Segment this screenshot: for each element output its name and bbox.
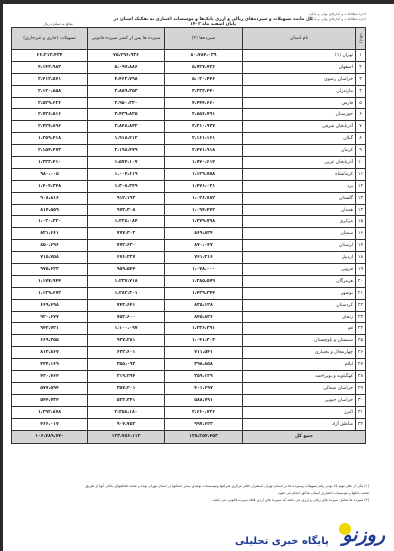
- province-name: مازندران: [243, 85, 356, 97]
- table-row: ۱۹قزوین۱،۰۷۸،۰۰۰۹۵۹،۵۴۴۹۷۵،۶۲۳: [12, 264, 366, 276]
- row-index: ۱۲: [356, 180, 366, 192]
- province-name: آذربایجان غربی: [243, 157, 356, 169]
- row-index: ۹: [356, 145, 366, 157]
- net-deposits-value: ۶۷۶،۲۲۷: [88, 252, 165, 264]
- deposits-value: ۲،۴۷۱،۹۱۸: [165, 145, 243, 157]
- province-name: گیلان: [243, 133, 356, 145]
- net-deposits-value: ۷۴۳،۶۴۱: [88, 299, 165, 311]
- deposits-value: ۱،۴۳۹،۳۴۴: [165, 287, 243, 299]
- table-row: ۳خراسان رضوی۵،۰۳۰،۴۴۶۴،۴۶۲،۷۹۸۳،۴۱۲،۵۷۱: [12, 73, 366, 85]
- table-row: ۴مازندران۳،۲۲۳،۴۴۰۲،۸۵۹،۳۵۳۲،۱۳۰،۸۵۸: [12, 85, 366, 97]
- province-name: همدان: [243, 204, 356, 216]
- row-index: ۷: [356, 121, 366, 133]
- net-deposits-value: ۳،۴۳۹،۸۲۵: [88, 109, 165, 121]
- deposits-value: ۴،۴۴۴،۶۶۰: [165, 97, 243, 109]
- total-label: جمع کل: [243, 430, 366, 443]
- col-header-index: ردیف: [356, 28, 366, 50]
- loans-value: ۸۱۴،۵۵۹: [12, 204, 88, 216]
- loans-value: ۶۶۹،۳۵۵: [12, 335, 88, 347]
- province-name: کردستان: [243, 299, 356, 311]
- row-index: ۲۴: [356, 323, 366, 335]
- province-name: فارس: [243, 97, 356, 109]
- loans-value: ۱،۳۲۲،۴۱۰: [12, 157, 88, 169]
- footnotes: (۱) یکی از علل مهم بالا بودن رقم تسهیلات…: [13, 483, 369, 504]
- net-deposits-value: ۱،۲۸۲،۳۰۱: [88, 287, 165, 299]
- deposits-value: ۸۴۵،۸۲۶: [165, 311, 243, 323]
- loans-value: ۷۱۵،۷۵۸: [12, 252, 88, 264]
- row-index: ۱۳: [356, 192, 366, 204]
- total-net-deposits: ۱۲۳،۷۵۶،۱۱۳: [88, 430, 165, 443]
- deposits-value: ۱،۰۹۴،۴۴۲: [165, 204, 243, 216]
- loans-value: ۸۵۰،۶۹۶: [12, 240, 88, 252]
- loans-value: ۳،۴۱۲،۵۷۱: [12, 73, 88, 85]
- loans-value: ۵۴۴،۷۳۴: [12, 394, 88, 406]
- total-deposits: ۱۳۵،۲۵۴،۴۵۳: [165, 430, 243, 443]
- deposits-value: ۱،۲۳۶،۳۹۱: [165, 323, 243, 335]
- province-name: هرمزگان: [243, 275, 356, 287]
- net-deposits-value: ۹۲۷،۲۸۱: [88, 335, 165, 347]
- loans-value: ۸۱۳،۸۶۷: [12, 347, 88, 359]
- row-index: ۳۰: [356, 394, 366, 406]
- total-loans: ۱۰۶،۷۸۹،۷۷۰: [12, 430, 88, 443]
- net-deposits-value: ۲،۳۵۸،۱۸۰: [88, 406, 165, 418]
- table-row: ۶خوزستان۳،۸۵۶،۷۹۱۳،۴۳۹،۸۲۵۲،۷۲۶،۵۱۶: [12, 109, 366, 121]
- net-deposits-value: ۱،۵۷۴،۱۰۷: [88, 157, 165, 169]
- col-header-deposits: سپرده‌ها (۲): [165, 28, 243, 50]
- deposits-value: ۸۳۵،۱۲۸: [165, 299, 243, 311]
- loans-value: ۴۳۴،۱۶۹: [12, 359, 88, 371]
- table-row: ۲۶چهارمحال و بختیاری۷۱۱،۵۴۱۶۳۲،۶۰۱۸۱۳،۸۶…: [12, 347, 366, 359]
- net-deposits-value: ۱،۲۲۸،۰۸۴: [88, 216, 165, 228]
- table-row: ۱۸اردبیل۷۶۱،۳۱۶۶۷۶،۲۲۷۷۱۵،۷۵۸: [12, 252, 366, 264]
- row-index: ۱: [356, 50, 366, 62]
- province-name: مناطق آزاد: [243, 418, 356, 430]
- table-row: ۸گیلان۲،۱۶۱،۱۶۱۱،۹۱۸،۴۱۲۱،۲۵۹،۴۱۸: [12, 133, 366, 145]
- row-index: ۲: [356, 61, 366, 73]
- table-row: ۱۱کرمانشاه۱،۱۳۹،۷۵۸۱،۰۰۴،۶۱۹۹۸۰،۰۰۵: [12, 168, 366, 180]
- roozno-logo: پایگاه خبری تحلیلی روزنو: [235, 524, 385, 551]
- deposits-value: ۷۱۱،۵۴۱: [165, 347, 243, 359]
- table-row: ۲۷ایلام۳۹۸،۸۵۸۳۵۵،۰۹۲۴۳۴،۱۶۹: [12, 359, 366, 371]
- deposits-value: ۲،۱۶۱،۱۶۱: [165, 133, 243, 145]
- deposits-value: ۹۹۷،۶۲۳: [165, 418, 243, 430]
- row-index: ۱۷: [356, 240, 366, 252]
- issuer-line-2: اداره مطالعات و آمارهای پولی و بانکی: [309, 17, 366, 22]
- province-name: کرمان: [243, 145, 356, 157]
- table-row: ۲۹خراسان شمالی۴۰۱،۶۹۷۳۵۷،۲۰۱۵۷۷،۵۹۴: [12, 382, 366, 394]
- loans-value: ۲،۴۲۴،۸۹۶: [12, 121, 88, 133]
- net-deposits-value: ۷۵،۲۹۶،۹۳۶: [88, 50, 165, 62]
- net-deposits-value: ۱،۳۰۸،۳۴۹: [88, 180, 165, 192]
- table-row: ۲۵سیستان و بلوچستان۱،۰۴۱،۳۰۳۹۲۷،۲۸۱۶۶۹،۳…: [12, 335, 366, 347]
- net-deposits-value: ۱،۹۱۸،۴۱۲: [88, 133, 165, 145]
- province-name: کهگیلویه و بویراحمد: [243, 371, 356, 383]
- row-index: ۲۹: [356, 382, 366, 394]
- row-index: ۸: [356, 133, 366, 145]
- deposits-value: ۱،۷۷۰،۶۱۴: [165, 157, 243, 169]
- loans-value: ۱،۱۷۷،۹۴۴: [12, 275, 88, 287]
- net-deposits-value: ۳۱۹،۲۹۴: [88, 371, 165, 383]
- row-index: ۲۰: [356, 275, 366, 287]
- row-index: ۱۵: [356, 216, 366, 228]
- net-deposits-value: ۱،۰۰۴،۶۱۹: [88, 168, 165, 180]
- loans-value: ۲،۷۲۶،۵۱۶: [12, 109, 88, 121]
- deposits-value: ۱،۴۷۱،۰۲۱: [165, 180, 243, 192]
- table-row: ۱۰آذربایجان غربی۱،۷۷۰،۶۱۴۱،۵۷۴،۱۰۷۱،۳۲۲،…: [12, 157, 366, 169]
- deposits-value: ۱،۰۴۱،۳۰۳: [165, 335, 243, 347]
- loans-value: ۴۳۰،۷۶۴: [12, 371, 88, 383]
- loans-value: ۱،۱۳۹،۶۷۲: [12, 287, 88, 299]
- net-deposits-value: ۷۷۷،۳۰۲: [88, 228, 165, 240]
- net-deposits-value: ۳۵۵،۰۹۲: [88, 359, 165, 371]
- deposits-value: ۴۰۱،۶۹۷: [165, 382, 243, 394]
- row-index: ۲۲: [356, 299, 366, 311]
- row-index: ۱۸: [356, 252, 366, 264]
- table-row: ۱تهران (۱)۸۰،۷۸۴،۰۲۹۷۵،۲۹۶،۹۳۶۶۶،۲۱۳،۴۳۴: [12, 50, 366, 62]
- province-banking-table: ردیف نام استان سپرده‌ها (۲) سپرده ها پس …: [11, 27, 366, 444]
- net-deposits-value: ۹۵۹،۵۴۴: [88, 264, 165, 276]
- province-name: آذربایجان شرقی: [243, 121, 356, 133]
- province-name: چهارمحال و بختیاری: [243, 347, 356, 359]
- deposits-value: ۸۰،۷۸۴،۰۲۹: [165, 50, 243, 62]
- row-index: ۳: [356, 73, 366, 85]
- province-name: مرکزی: [243, 216, 356, 228]
- logo-tagline: پایگاه خبری تحلیلی: [235, 536, 329, 547]
- deposits-value: ۵۸۸،۷۹۱: [165, 394, 243, 406]
- province-name: تهران (۱): [243, 50, 356, 62]
- net-deposits-value: ۲،۸۴۸،۸۴۲: [88, 121, 165, 133]
- row-index: ۲۵: [356, 335, 366, 347]
- province-name: گلستان: [243, 192, 356, 204]
- province-name: خراسان جنوبی: [243, 394, 356, 406]
- loans-value: ۲،۱۳۰،۸۵۸: [12, 85, 88, 97]
- col-header-net-deposits: سپرده ها پس از کسر سپرده قانونی: [88, 28, 165, 50]
- row-index: ۵: [356, 97, 366, 109]
- row-index: ۱۱: [356, 168, 366, 180]
- table-row: ۱۲یزد۱،۴۷۱،۰۲۱۱،۳۰۸،۳۴۹۱،۴۰۴،۳۴۸: [12, 180, 366, 192]
- province-name: ایلام: [243, 359, 356, 371]
- net-deposits-value: ۵۲۳،۳۴۱: [88, 394, 165, 406]
- deposits-value: ۸۶۹،۸۲۴: [165, 228, 243, 240]
- row-index: ۱۶: [356, 228, 366, 240]
- province-name: یزد: [243, 180, 356, 192]
- net-deposits-value: ۴،۴۶۲،۷۹۸: [88, 73, 165, 85]
- net-deposits-value: ۲،۸۵۹،۳۵۳: [88, 85, 165, 97]
- issuer-header: اداره مطالعات و آمارهای پولی و بانکی ادا…: [309, 12, 366, 22]
- document-title: کل مانده تسهیلات و سپرده‌های ریالی و ارز…: [113, 17, 313, 27]
- table-row: ۲۰هرمزگان۱،۳۸۵،۵۷۹۱،۲۳۷،۷۱۸۱،۱۷۷،۹۴۴: [12, 275, 366, 287]
- logo-mark: روزنو: [342, 524, 385, 546]
- province-name: اردبیل: [243, 252, 356, 264]
- loans-value: ۴،۱۴۳،۹۸۲: [12, 61, 88, 73]
- table-row: ۲۴قم۱،۲۳۶،۳۹۱۱،۱۰۰،۰۹۷۹۴۳،۷۲۱: [12, 323, 366, 335]
- total-row: جمع کل۱۳۵،۲۵۴،۴۵۳۱۲۳،۷۵۶،۱۱۳۱۰۶،۷۸۹،۷۷۰: [12, 430, 366, 443]
- loans-value: ۲،۱۵۴،۴۷۳: [12, 145, 88, 157]
- deposits-value: ۵،۰۳۰،۴۴۶: [165, 73, 243, 85]
- loans-value: ۱،۰۲۰،۲۳۰: [12, 216, 88, 228]
- loans-value: ۹۸۰،۰۰۵: [12, 168, 88, 180]
- province-name: سیستان و بلوچستان: [243, 335, 356, 347]
- province-name: کرمانشاه: [243, 168, 356, 180]
- deposits-value: ۵،۷۲۷،۷۳۶: [165, 61, 243, 73]
- loans-value: ۶۶۹،۶۹۸: [12, 299, 88, 311]
- deposits-value: ۳،۲۲۳،۴۴۰: [165, 85, 243, 97]
- table-row: ۲۸کهگیلویه و بویراحمد۳۵۹،۱۲۹۳۱۹،۲۹۴۴۳۰،۷…: [12, 371, 366, 383]
- row-index: ۲۶: [356, 347, 366, 359]
- row-index: ۲۳: [356, 311, 366, 323]
- table-row: ۲اصفهان۵،۷۲۷،۷۳۶۵،۰۹۷،۸۸۶۴،۱۴۳،۹۸۲: [12, 61, 366, 73]
- loans-value: ۱،۲۵۹،۴۱۸: [12, 133, 88, 145]
- deposits-value: ۱،۳۷۹،۷۹۸: [165, 216, 243, 228]
- table-row: ۲۱بوشهر۱،۴۳۹،۳۴۴۱،۲۸۲،۳۰۱۱،۱۳۹،۶۷۲: [12, 287, 366, 299]
- net-deposits-value: ۱،۲۳۷،۷۱۸: [88, 275, 165, 287]
- footnote-1-cont: شعب بانکها و موسسات اعتباری استان مذکور …: [13, 490, 369, 497]
- table-row: ۷آذربایجان شرقی۳،۲۱۰،۹۳۷۲،۸۴۸،۸۴۲۲،۴۲۴،۸…: [12, 121, 366, 133]
- deposits-value: ۳۹۸،۸۵۸: [165, 359, 243, 371]
- row-index: ۱۹: [356, 264, 366, 276]
- province-name: خراسان شمالی: [243, 382, 356, 394]
- row-index: ۱۴: [356, 204, 366, 216]
- net-deposits-value: ۹۱۲،۱۹۳: [88, 192, 165, 204]
- table-row: ۳۲مناطق آزاد۹۹۷،۶۲۳۹۰۷،۷۵۲۴۶۶،۰۱۷: [12, 418, 366, 430]
- loans-value: ۹۴۳،۷۲۱: [12, 323, 88, 335]
- footnote-1: (۱) یکی از علل مهم بالا بودن رقم تسهیلات…: [13, 483, 369, 490]
- loans-value: ۱،۲۹۲،۸۷۸: [12, 406, 88, 418]
- net-deposits-value: ۹۷۳،۳۰۸: [88, 204, 165, 216]
- table-row: ۲۲کردستان۸۳۵،۱۲۸۷۴۳،۶۴۱۶۶۹،۶۹۸: [12, 299, 366, 311]
- loans-value: ۴۶۶،۰۱۷: [12, 418, 88, 430]
- table-row: ۲۳زنجان۸۴۵،۸۲۶۷۵۲،۶۰۰۹۲۰،۶۷۷: [12, 311, 366, 323]
- table-row: ۱۴همدان۱،۰۹۴،۴۴۲۹۷۳،۳۰۸۸۱۴،۵۵۹: [12, 204, 366, 216]
- province-name: بوشهر: [243, 287, 356, 299]
- table-row: ۱۷لرستان۸۷۰،۰۴۷۷۷۲،۶۳۰۸۵۰،۶۹۶: [12, 240, 366, 252]
- row-index: ۴: [356, 85, 366, 97]
- table-row: ۱۶سمنان۸۶۹،۸۲۴۷۷۷،۳۰۲۸۲۱،۶۶۱: [12, 228, 366, 240]
- province-name: البرز: [243, 406, 356, 418]
- row-index: ۲۸: [356, 371, 366, 383]
- deposits-value: ۷۶۱،۳۱۶: [165, 252, 243, 264]
- row-index: ۲۱: [356, 287, 366, 299]
- loans-value: ۶۶،۲۱۳،۴۳۴: [12, 50, 88, 62]
- deposits-value: ۳،۲۱۰،۹۳۷: [165, 121, 243, 133]
- loans-value: ۹۰۸،۸۱۶: [12, 192, 88, 204]
- deposits-value: ۱،۳۸۵،۵۷۹: [165, 275, 243, 287]
- province-name: خراسان رضوی: [243, 73, 356, 85]
- deposits-value: ۳۵۹،۱۲۹: [165, 371, 243, 383]
- table-row: ۱۵مرکزی۱،۳۷۹،۷۹۸۱،۲۲۸،۰۸۴۱،۰۲۰،۲۳۰: [12, 216, 366, 228]
- province-name: زنجان: [243, 311, 356, 323]
- deposits-value: ۸۷۰،۰۴۷: [165, 240, 243, 252]
- province-name: قم: [243, 323, 356, 335]
- net-deposits-value: ۳،۹۵۰،۳۲۰: [88, 97, 165, 109]
- net-deposits-value: ۲،۱۹۸،۴۷۹: [88, 145, 165, 157]
- table-row: ۳۰خراسان جنوبی۵۸۸،۷۹۱۵۲۳،۳۴۱۵۴۴،۷۳۴: [12, 394, 366, 406]
- province-name: لرستان: [243, 240, 356, 252]
- row-index: ۶: [356, 109, 366, 121]
- col-header-loans: تسهیلات (جاری و غیرجاری): [12, 28, 88, 50]
- document-page: اداره مطالعات و آمارهای پولی و بانکی ادا…: [3, 4, 394, 551]
- province-name: سمنان: [243, 228, 356, 240]
- loans-value: ۲،۵۳۹،۶۲۶: [12, 97, 88, 109]
- loans-value: ۱،۴۰۴،۳۴۸: [12, 180, 88, 192]
- province-name: قزوین: [243, 264, 356, 276]
- row-index: ۲۷: [356, 359, 366, 371]
- deposits-value: ۳،۸۵۶،۷۹۱: [165, 109, 243, 121]
- table-header-row: ردیف نام استان سپرده‌ها (۲) سپرده ها پس …: [12, 28, 366, 50]
- province-name: خوزستان: [243, 109, 356, 121]
- net-deposits-value: ۵،۰۹۷،۸۸۶: [88, 61, 165, 73]
- net-deposits-value: ۱،۱۰۰،۰۹۷: [88, 323, 165, 335]
- province-name: اصفهان: [243, 61, 356, 73]
- deposits-value: ۲،۶۶۰،۷۲۶: [165, 406, 243, 418]
- loans-value: ۸۲۱،۶۶۱: [12, 228, 88, 240]
- deposits-value: ۱،۱۳۹،۷۵۸: [165, 168, 243, 180]
- row-index: ۳۲: [356, 418, 366, 430]
- loans-value: ۹۷۵،۶۲۳: [12, 264, 88, 276]
- table-row: ۹کرمان۲،۴۷۱،۹۱۸۲،۱۹۸،۴۷۹۲،۱۵۴،۴۷۳: [12, 145, 366, 157]
- deposits-value: ۱،۰۷۸،۰۰۰: [165, 264, 243, 276]
- deposits-value: ۱،۰۲۶،۷۸۲: [165, 192, 243, 204]
- net-deposits-value: ۶۳۲،۶۰۱: [88, 347, 165, 359]
- footnote-2: (۲) سپرده ها شامل سپرده های ریالی و ارزی…: [13, 497, 369, 504]
- unit-label: مبالغ به میلیارد ریال: [33, 22, 83, 26]
- net-deposits-value: ۷۷۲،۶۳۰: [88, 240, 165, 252]
- row-index: ۱۰: [356, 157, 366, 169]
- table-row: ۳۱البرز۲،۶۶۰،۷۲۶۲،۳۵۸،۱۸۰۱،۲۹۲،۸۷۸: [12, 406, 366, 418]
- row-index: ۳۱: [356, 406, 366, 418]
- net-deposits-value: ۳۵۷،۲۰۱: [88, 382, 165, 394]
- table-row: ۱۳گلستان۱،۰۲۶،۷۸۲۹۱۲،۱۹۳۹۰۸،۸۱۶: [12, 192, 366, 204]
- net-deposits-value: ۹۰۷،۷۵۲: [88, 418, 165, 430]
- loans-value: ۵۷۷،۵۹۴: [12, 382, 88, 394]
- net-deposits-value: ۷۵۲،۶۰۰: [88, 311, 165, 323]
- loans-value: ۹۲۰،۶۷۷: [12, 311, 88, 323]
- col-header-province: نام استان: [243, 28, 356, 50]
- table-row: ۵فارس۴،۴۴۴،۶۶۰۳،۹۵۰،۳۲۰۲،۵۳۹،۶۲۶: [12, 97, 366, 109]
